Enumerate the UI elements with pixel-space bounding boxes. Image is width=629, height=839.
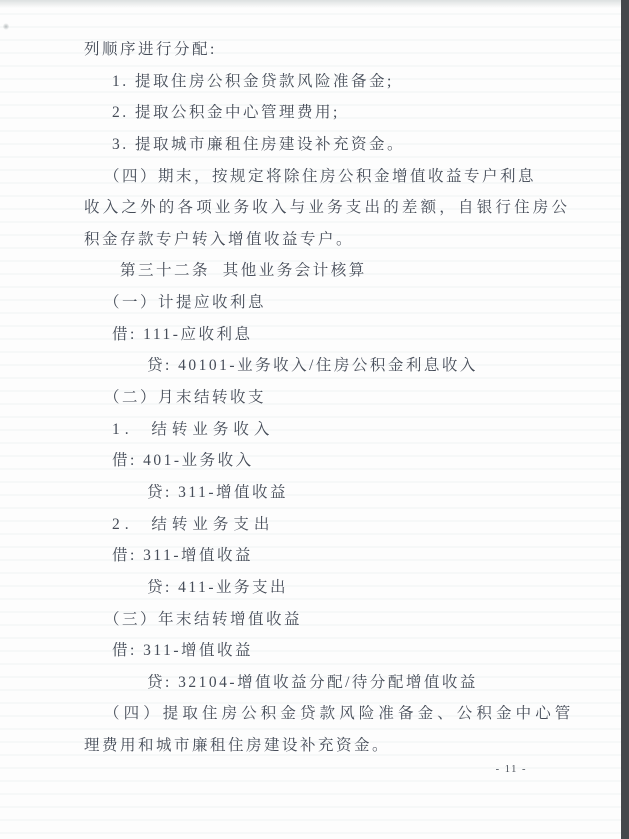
doc-line: （二）月末结转收支 xyxy=(0,389,621,421)
doc-line: （四）提取住房公积金贷款风险准备金、公积金中心管 xyxy=(0,705,621,737)
doc-line: 1. 结转业务收入 xyxy=(0,421,621,453)
doc-line: 借: 111-应收利息 xyxy=(0,326,621,358)
doc-line: 2. 提取公积金中心管理费用; xyxy=(0,104,621,136)
doc-line: 借: 311-增值收益 xyxy=(0,642,621,674)
doc-line: （三）年末结转增值收益 xyxy=(0,611,621,643)
page-right-edge-strip xyxy=(621,0,629,839)
doc-line: （一）计提应收利息 xyxy=(0,294,621,326)
document-page: 列顺序进行分配: 1. 提取住房公积金贷款风险准备金; 2. 提取公积金中心管理… xyxy=(0,0,629,839)
doc-line: （四）期末，按规定将除住房公积金增值收益专户利息 xyxy=(0,168,621,200)
doc-line: 贷: 311-增值收益 xyxy=(0,484,621,516)
doc-line: 2. 结转业务支出 xyxy=(0,516,621,548)
doc-line: 贷: 40101-业务收入/住房公积金利息收入 xyxy=(0,357,621,389)
doc-line: 1. 提取住房公积金贷款风险准备金; xyxy=(0,73,621,105)
doc-line: 列顺序进行分配: xyxy=(0,41,621,73)
doc-line: 借: 401-业务收入 xyxy=(0,452,621,484)
document-content: 列顺序进行分配: 1. 提取住房公积金贷款风险准备金; 2. 提取公积金中心管理… xyxy=(0,41,621,769)
page-number: - 11 - xyxy=(0,764,621,775)
doc-line: 3. 提取城市廉租住房建设补充资金。 xyxy=(0,136,621,168)
doc-line: 收入之外的各项业务收入与业务支出的差额，自银行住房公 xyxy=(0,199,621,231)
doc-line: 贷: 411-业务支出 xyxy=(0,579,621,611)
scan-smudge xyxy=(3,23,9,30)
doc-line: 借: 311-增值收益 xyxy=(0,547,621,579)
doc-line: 积金存款专户转入增值收益专户。 xyxy=(0,231,621,263)
doc-line: 贷: 32104-增值收益分配/待分配增值收益 xyxy=(0,674,621,706)
page-top-shade xyxy=(0,0,629,9)
doc-line: 第三十二条 其他业务会计核算 xyxy=(0,262,621,294)
